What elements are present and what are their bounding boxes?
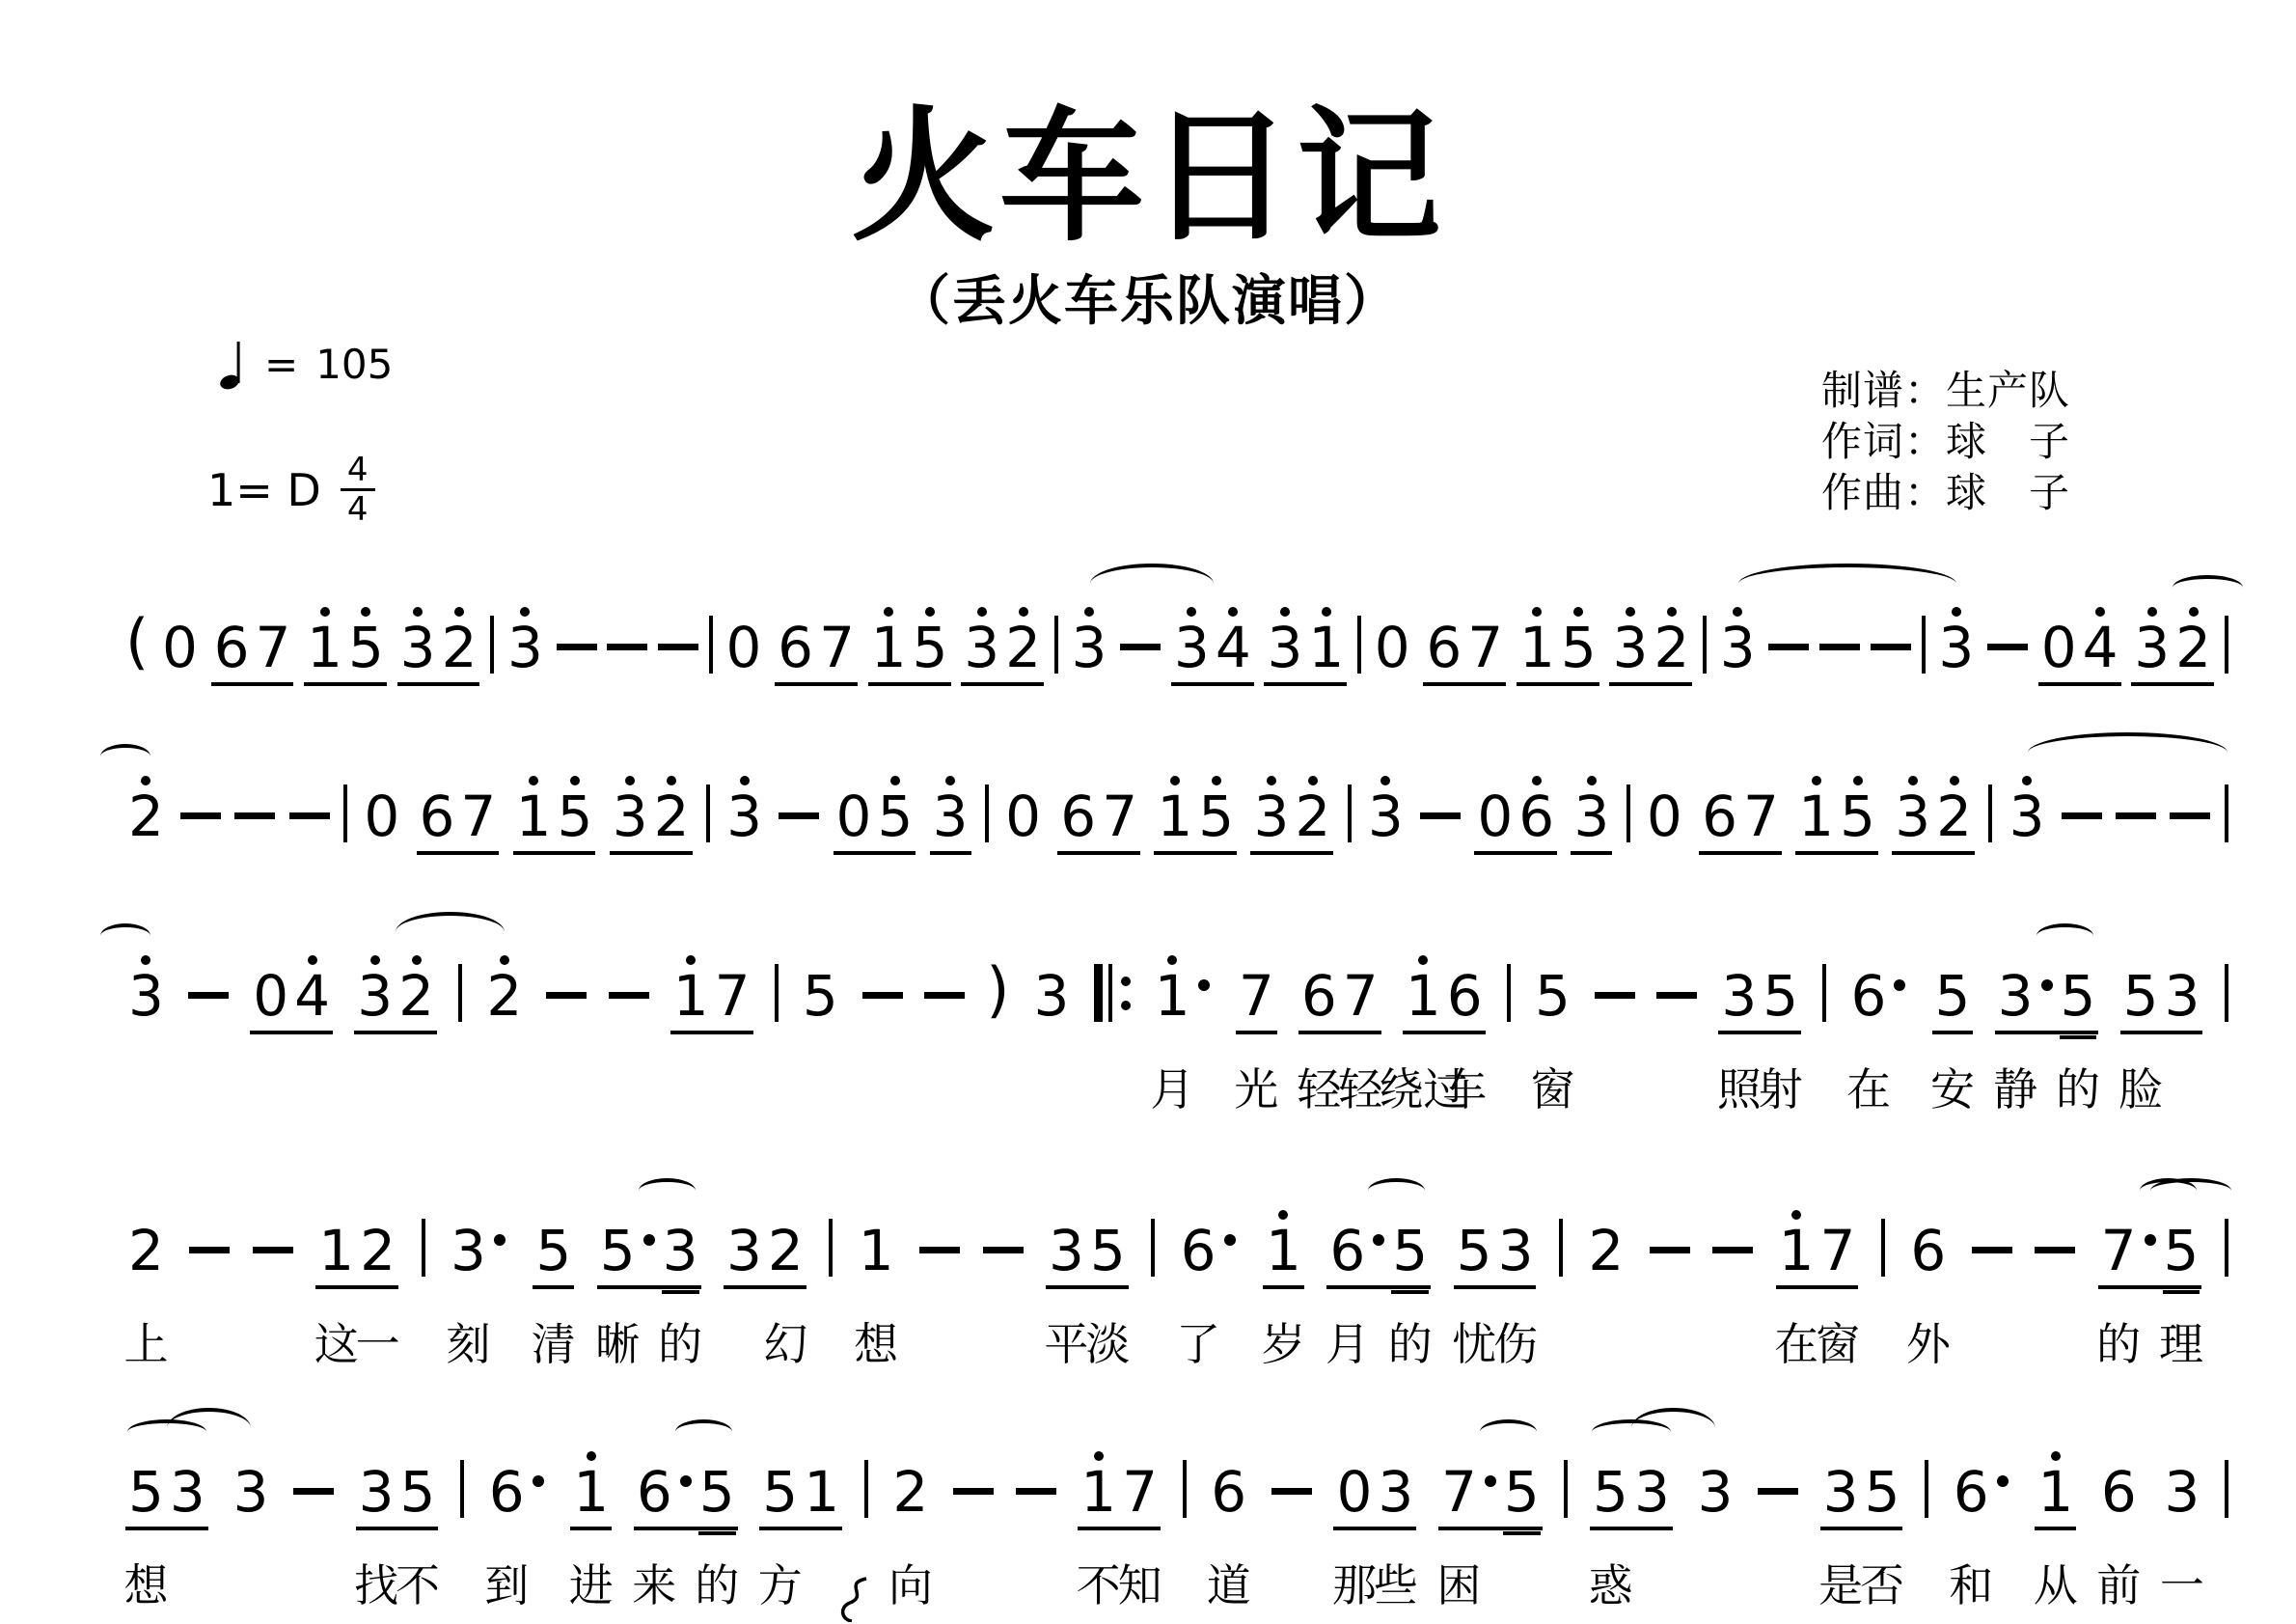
note-group: 67 (775, 598, 858, 686)
note-digit: 3 (2164, 968, 2200, 1024)
tempo-equals: = (264, 341, 298, 388)
note-digit: 1 (1157, 788, 1192, 844)
beam-group: 32幻 (724, 1201, 806, 1289)
beam-group: 1不7知 (1078, 1443, 1161, 1530)
beam-group: 1从 (2035, 1443, 2076, 1530)
note-group: 3静5的 (1995, 947, 2099, 1034)
augmentation-dot (1894, 979, 1905, 991)
note: 7 (252, 598, 293, 675)
note: 1不 (1078, 1443, 1119, 1520)
beam-group: 32 (2131, 598, 2214, 686)
note-digit: 3 (507, 619, 543, 675)
augmentation-dot (680, 1475, 692, 1487)
note-digit: 2 (654, 788, 690, 844)
note-digit: 7 (1343, 968, 1379, 1024)
barline (458, 964, 462, 1022)
note: 7 (457, 767, 499, 844)
slur (1480, 1419, 1537, 1445)
note-group: 3 (505, 598, 546, 675)
note-group: 04 (250, 947, 333, 1034)
note-group: 32 (1609, 598, 1692, 686)
beam-group: 1月 (1152, 947, 1215, 1024)
note-group: 15 (1154, 767, 1237, 855)
note-group: 5晰3的 (597, 1201, 701, 1289)
note-digit: 3 (1938, 619, 1974, 675)
beam-group: 32 (1892, 767, 1975, 855)
lyric: 光 (1234, 1055, 1278, 1118)
note: 5脸 (2120, 947, 2162, 1024)
note: 4 (291, 947, 333, 1024)
notation-system: 2上1这2一3刻5清5晰3的32幻1想3平5淡6了1岁6月5的5忧3伤21在7窗… (125, 1163, 2228, 1289)
dash-cell (1768, 598, 1809, 650)
note: 3 (1069, 598, 1110, 675)
barline (2225, 964, 2228, 1022)
note-digit: 5 (1935, 968, 1971, 1024)
note: 1 (1305, 598, 1347, 675)
note: 6 (775, 598, 816, 675)
note-digit: 5 (1090, 1223, 1126, 1279)
dash-note (1650, 1247, 1690, 1253)
note-digit: 6 (1329, 1223, 1365, 1279)
lyric: 知 (1118, 1551, 1162, 1614)
note: 5清 (533, 1201, 574, 1279)
dash-note (1595, 992, 1635, 999)
note: 5惑 (1590, 1443, 1631, 1520)
note-digit: 0 (162, 619, 198, 675)
note: 5方 (759, 1443, 801, 1520)
dash-cell (1712, 1201, 1753, 1253)
note-group: 5想3 (125, 1443, 208, 1530)
dash-note (779, 812, 819, 819)
note: 1月 (1152, 947, 1193, 1024)
note-digit: 3 (1253, 788, 1289, 844)
beam-group: 1进 (570, 1443, 612, 1530)
note: 7光 (1236, 947, 1277, 1024)
dash-cell (253, 1201, 293, 1253)
note-group: 1月 (1152, 947, 1215, 1024)
lyric: 的 (695, 1551, 739, 1614)
barline (460, 1460, 464, 1518)
parenthesis: ( (125, 598, 149, 672)
beam-group: 2 (125, 767, 167, 844)
note: 5忧 (1454, 1201, 1495, 1279)
note-digit: 5 (1865, 1464, 1900, 1520)
note: 1 (1795, 767, 1837, 844)
dash-cell (919, 1201, 960, 1253)
note: 2 (1651, 598, 1692, 675)
note-group: 32 (961, 598, 1044, 686)
note-group: 2 (1585, 1201, 1626, 1279)
dash-cell (1656, 947, 1697, 999)
note-group: 5忧3伤 (1454, 1201, 1537, 1289)
note: 5淡 (1087, 1201, 1129, 1279)
note-digit: 5 (1198, 788, 1234, 844)
note: 6 (1516, 767, 1557, 844)
barline (2225, 1219, 2228, 1277)
note: 7 (1099, 767, 1140, 844)
note-group: 0那3些 (1333, 1443, 1416, 1530)
note-digit: 1 (2037, 1464, 2073, 1520)
dash-note (1712, 1247, 1753, 1253)
note-digit: 7 (2101, 1223, 2137, 1279)
dash-cell (1758, 1443, 1798, 1495)
note-group: 3 (125, 947, 167, 1024)
note: 6外 (1907, 1201, 1949, 1279)
dash-cell (1650, 1201, 1690, 1253)
note: 2 (1292, 767, 1333, 844)
augmentation-dot (643, 1234, 655, 1246)
dash-note (1768, 644, 1809, 650)
note-digit: 5 (1593, 1464, 1628, 1520)
dash-note (2116, 812, 2156, 819)
note-group: 3 (1069, 598, 1110, 675)
note: 5 (874, 767, 916, 844)
lyric: 那 (1332, 1551, 1377, 1614)
lyric: 进 (569, 1551, 614, 1614)
note-group: 3 (1694, 1443, 1736, 1520)
note: 0 (361, 767, 402, 844)
beam-group: 04 (2038, 598, 2121, 686)
note-digit: 4 (294, 968, 330, 1024)
note: 2 (396, 947, 437, 1024)
slur (396, 912, 505, 952)
note-group: 6前 (2098, 1443, 2140, 1520)
note-digit: 5 (1392, 1223, 1428, 1279)
dash-cell (557, 598, 597, 650)
beam-group: 5想3 (125, 1443, 208, 1530)
beam-group: 3 (1031, 947, 1073, 1024)
lyric: 轻 (1297, 1055, 1341, 1118)
lyric: 方 (758, 1551, 803, 1614)
note-digit: 6 (1301, 968, 1337, 1024)
barline (775, 964, 779, 1022)
barline (1822, 964, 1826, 1022)
augmentation-dot (1198, 979, 1210, 991)
repeat-sign (1094, 964, 1131, 1022)
note-digit: 5 (1561, 619, 1597, 675)
note-digit: 2 (1936, 788, 1972, 844)
note: 2幻 (765, 1201, 806, 1279)
note: 6 (1699, 767, 1740, 844)
note: 5射 (1760, 947, 1801, 1024)
score-area (1121, 977, 1131, 986)
note: 2 (125, 767, 167, 844)
note-group: 7光 (1236, 947, 1277, 1034)
beam-group: 67 (775, 598, 858, 686)
note-group: 3 (1717, 598, 1759, 675)
beam-group: 3 (1935, 598, 1977, 675)
note: 5 (345, 598, 387, 675)
note-digit: 7 (1441, 1464, 1477, 1520)
note-group: 67 (1699, 767, 1782, 855)
beam-group: 32 (1609, 598, 1692, 686)
dash-cell (1120, 598, 1161, 650)
note-digit: 3 (400, 619, 436, 675)
dash-note (189, 1247, 230, 1253)
note: 2 (439, 598, 480, 675)
note-group: 0 (1644, 767, 1685, 844)
note-group: 5方1 (759, 1443, 842, 1530)
beam-group: 3 (125, 947, 167, 1024)
dash-note (289, 812, 330, 819)
quarter-note-icon (220, 336, 247, 392)
note-digit: 7 (1239, 968, 1274, 1024)
note-digit: 3 (726, 1223, 762, 1279)
lyric: 车 (1442, 1055, 1487, 1118)
note-group: 5窗 (1532, 947, 1573, 1024)
note: 3 (1609, 598, 1651, 675)
beam-group: 15 (1154, 767, 1237, 855)
note: 5 (1837, 767, 1878, 844)
lyric: 想 (854, 1309, 898, 1373)
note-digit: 0 (726, 619, 762, 675)
note-digit: 6 (637, 1464, 672, 1520)
note: 3 (505, 598, 546, 675)
note-group: 3 (1031, 947, 1073, 1024)
beam-group: 3 (1571, 767, 1612, 855)
note-digit: 1 (1779, 1223, 1815, 1279)
note-digit: 7 (1467, 619, 1503, 675)
beam-group: 0 (1644, 767, 1685, 844)
lyric: 晰 (595, 1309, 640, 1373)
barline (343, 784, 347, 842)
note-group: 6外 (1907, 1201, 1949, 1279)
note-group: 0 (361, 767, 402, 844)
note-group: 32 (397, 598, 480, 686)
note-digit: 1 (307, 619, 342, 675)
lyric: 在 (1774, 1309, 1818, 1373)
note-group: 3一 (2161, 1443, 2202, 1520)
note-group: 1不7知 (1078, 1443, 1161, 1530)
dash-note (188, 992, 229, 999)
lyric: 想 (123, 1551, 168, 1614)
note-digit: 1 (1155, 968, 1190, 1024)
dash-cell (546, 947, 587, 999)
dash-note (2170, 812, 2210, 819)
note: 2 (1585, 1201, 1626, 1279)
augmentation-dot (1997, 1475, 2009, 1487)
beam-group: 04 (250, 947, 333, 1034)
lyric: 向 (888, 1551, 933, 1614)
note-group: 6来5的 (634, 1443, 738, 1530)
note-digit: 2 (2175, 619, 2211, 675)
lyric: 上 (123, 1309, 168, 1373)
note-digit: 3 (451, 1223, 486, 1279)
note-digit: 3 (232, 1464, 268, 1520)
lyric: 到 (484, 1551, 529, 1614)
note: 3 (610, 767, 651, 844)
lyric: 安 (1930, 1055, 1975, 1118)
note-group: 2上 (125, 1201, 167, 1279)
lyric: 的 (1388, 1309, 1433, 1373)
aug-dot-zone (675, 1443, 697, 1520)
note: 1 (1517, 598, 1558, 675)
lyric: 一 (356, 1309, 400, 1373)
note-digit: 5 (699, 1464, 735, 1520)
note: 1 (670, 947, 712, 1024)
note-digit: 1 (1080, 1464, 1116, 1520)
sixteenth-underline (698, 1531, 736, 1535)
sixteenth-underline (662, 1290, 699, 1294)
note-digit: 0 (253, 968, 288, 1024)
note: 1 (868, 598, 910, 675)
note-group: 3是5否 (1820, 1443, 1903, 1530)
note: 1 (513, 767, 555, 844)
lyric: 一 (2160, 1551, 2204, 1614)
note-digit: 4 (1216, 619, 1251, 675)
beam-group: 3是5否 (1820, 1443, 1903, 1530)
dash-note (546, 992, 587, 999)
note: 6月 (1326, 1201, 1368, 1279)
note-digit: 5 (1535, 968, 1571, 1024)
beam-group: 2上 (125, 1201, 167, 1279)
note-digit: 5 (762, 1464, 798, 1520)
note: 1在 (1776, 1201, 1818, 1279)
note-group: 1在7窗 (1776, 1201, 1859, 1289)
note: 3静 (1995, 947, 2036, 1024)
note-digit: 3 (357, 968, 393, 1024)
note: 3 (930, 767, 971, 844)
note: 6到 (486, 1443, 528, 1520)
dash-cell (180, 767, 221, 819)
note-digit: 0 (364, 788, 399, 844)
note: 7窗 (1818, 1201, 1859, 1279)
dash-note (1819, 644, 1860, 650)
beam-group: 32 (610, 767, 693, 855)
beam-group: 05 (834, 767, 916, 855)
credits-block: 制谱：生产队 作词：球 子 作曲：球 子 (1821, 365, 2070, 518)
beam-group: 67 (1699, 767, 1782, 855)
beam-group: 3一 (2161, 1443, 2202, 1520)
lyric: 平 (1044, 1309, 1088, 1373)
beam-group: 3 (1365, 767, 1407, 844)
note-digit: 2 (1005, 619, 1041, 675)
note-group: 2 (125, 767, 167, 844)
note-group: 6在 (1847, 947, 1910, 1024)
lyric: 的 (658, 1309, 702, 1373)
lyric: 静 (1993, 1055, 2037, 1118)
barline (829, 1219, 833, 1277)
note-group: 0 (1372, 598, 1413, 675)
note-digit: 1 (1308, 619, 1344, 675)
beam-group: 15 (1795, 767, 1878, 855)
note-digit: 3 (933, 788, 969, 844)
note: 1想 (856, 1201, 897, 1279)
repeat-thick-bar (1094, 964, 1103, 1022)
dash-note (1420, 812, 1461, 819)
note: 3一 (2161, 1443, 2202, 1520)
note-digit: 0 (1375, 619, 1410, 675)
dash-cell (189, 1201, 230, 1253)
barline (1703, 616, 1707, 674)
note-digit: 2 (1654, 619, 1689, 675)
note-digit: 3 (1612, 619, 1648, 675)
note-digit: 4 (2083, 619, 2118, 675)
dash-note (1758, 1488, 1798, 1495)
note: 0 (834, 767, 875, 844)
lyric: 不 (396, 1551, 440, 1614)
note: 0 (250, 947, 291, 1024)
lyric: 理 (2159, 1309, 2203, 1373)
note-digit: 1 (871, 619, 907, 675)
beam-group: 15 (868, 598, 951, 686)
note-digit: 0 (1005, 788, 1041, 844)
note-group: 32 (1250, 767, 1333, 855)
sixteenth-underline (2163, 1290, 2200, 1294)
note-digit: 3 (1072, 619, 1107, 675)
dash-note (293, 1488, 334, 1495)
note-digit: 6 (1181, 1223, 1216, 1279)
lyric: 岁 (1261, 1309, 1305, 1373)
aug-dot-zone (639, 1201, 660, 1279)
dash-cell (1871, 598, 1911, 650)
dash-note (1016, 1488, 1056, 1495)
note-digit: 3 (1998, 968, 2034, 1024)
note-group: 3 (230, 1443, 271, 1520)
note: 1 (1154, 767, 1195, 844)
note: 5否 (1862, 1443, 1903, 1520)
note-digit: 1 (1266, 1223, 1301, 1279)
tempo-value: 105 (315, 341, 393, 388)
note-digit: 3 (964, 619, 999, 675)
note-group: 1想 (856, 1201, 897, 1279)
note-digit: 6 (1702, 788, 1737, 844)
note: 3照 (1718, 947, 1760, 1024)
note-digit: 3 (1697, 1464, 1733, 1520)
note-digit: 6 (1910, 1223, 1946, 1279)
barline (985, 784, 989, 842)
note-group: 17 (670, 947, 753, 1034)
note-digit: 6 (1518, 788, 1554, 844)
notation-system: 2067153230530671532306306715323 (125, 729, 2228, 855)
lyric: 淡 (1085, 1309, 1130, 1373)
dash-cell (983, 1201, 1024, 1253)
note-digit: 6 (778, 619, 813, 675)
beam-group: 67 (417, 767, 500, 855)
note-group: 32幻 (724, 1201, 806, 1289)
beam-group: 15 (513, 767, 596, 855)
dash-note (1987, 644, 2028, 650)
note-group: 3平5淡 (1046, 1201, 1129, 1289)
beam-group: 32 (961, 598, 1044, 686)
note-group: 2向 (889, 1443, 931, 1520)
note-group: 67 (1057, 767, 1140, 855)
note: 0 (1372, 598, 1413, 675)
note: 6车 (1444, 947, 1486, 1024)
note-digit: 3 (1721, 968, 1757, 1024)
note-digit: 6 (1060, 788, 1096, 844)
note-group: 5清 (533, 1201, 574, 1289)
beam-group: 5窗 (1532, 947, 1573, 1024)
beam-group: 0 (724, 598, 765, 675)
augmentation-dot (2145, 1234, 2156, 1246)
beam-group: 67 (1057, 767, 1140, 855)
note-digit: 5 (1763, 968, 1798, 1024)
beam-group: 32 (354, 947, 437, 1034)
note-digit: 3 (2009, 788, 2045, 844)
dash-note (658, 644, 698, 650)
note-group: 7困5 (1438, 1443, 1543, 1530)
note: 5 (910, 598, 951, 675)
note-group: 6轻7轻 (1298, 947, 1381, 1034)
notation-system: 5想333找5不6到1进6来5的5方12向1不7知6道0那3些7困55惑333是… (125, 1404, 2228, 1530)
beam-group: 5惑3 (1590, 1443, 1673, 1530)
note: 7的 (2098, 1201, 2140, 1279)
dash-cell (1016, 1443, 1056, 1495)
beam-group: 0 (159, 598, 201, 675)
key-label: 1= D (207, 464, 321, 516)
note: 3 (1171, 598, 1213, 675)
